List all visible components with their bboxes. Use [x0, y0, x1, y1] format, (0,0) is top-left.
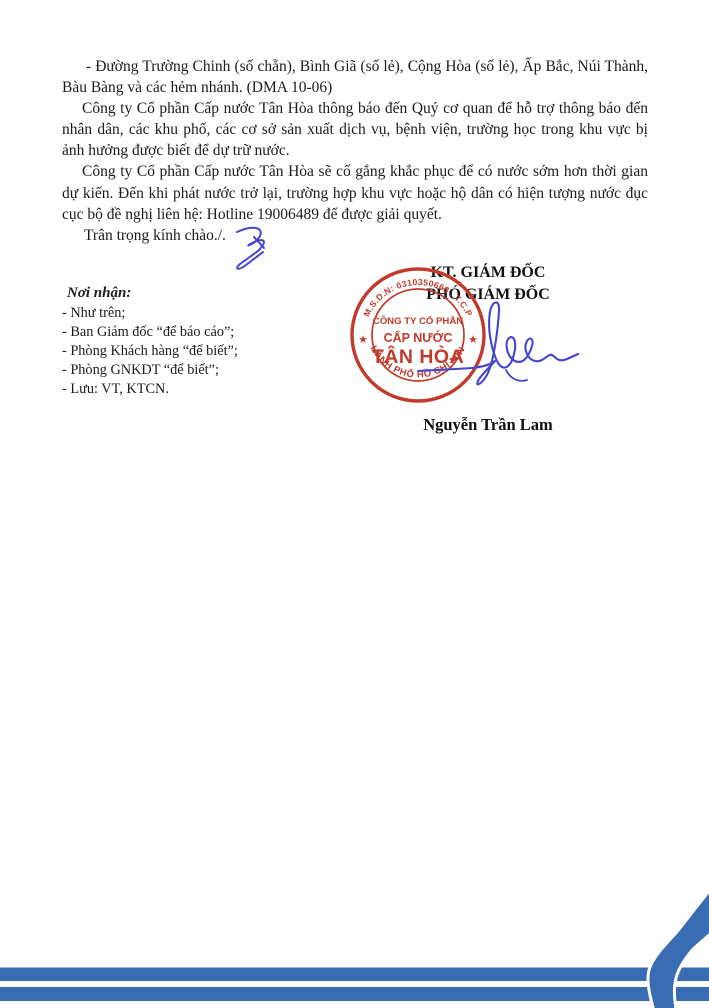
recipient-item: - Phòng Khách hàng “để biết”;: [62, 342, 322, 361]
letter-body: - Đường Trường Chinh (số chẵn), Bình Giã…: [62, 56, 648, 246]
recipient-item: - Ban Giám đốc “để báo cáo”;: [62, 323, 322, 342]
seal-star-left-icon: ★: [358, 334, 368, 346]
recipient-item: - Như trên;: [62, 304, 322, 323]
closing-salutation: Trân trọng kính chào./.: [62, 225, 648, 246]
paragraph-hotline: Công ty Cổ phần Cấp nước Tân Hòa sẽ cố g…: [62, 161, 648, 224]
recipients-heading: Nơi nhận:: [67, 284, 322, 303]
paraph-ink-scribble: [225, 218, 285, 276]
footer-bar-bottom: [0, 987, 709, 1001]
document-page: - Đường Trường Chinh (số chẵn), Bình Giã…: [0, 0, 709, 1008]
paragraph-street-list: - Đường Trường Chinh (số chẵn), Bình Giã…: [62, 56, 648, 98]
footer-bar-top: [0, 968, 709, 982]
footer-decoration: [0, 880, 709, 1008]
signer-name: Nguyễn Trần Lam: [358, 415, 618, 435]
recipients-block: Nơi nhận: - Như trên; - Ban Giám đốc “để…: [62, 284, 322, 399]
recipient-item: - Lưu: VT, KTCN.: [62, 380, 322, 399]
recipients-list: - Như trên; - Ban Giám đốc “để báo cáo”;…: [62, 304, 322, 399]
handwritten-signature-ink: [410, 290, 670, 400]
paragraph-notification: Công ty Cổ phần Cấp nước Tân Hòa thông b…: [62, 98, 648, 161]
recipient-item: - Phòng GNKDT “để biết”;: [62, 361, 322, 380]
